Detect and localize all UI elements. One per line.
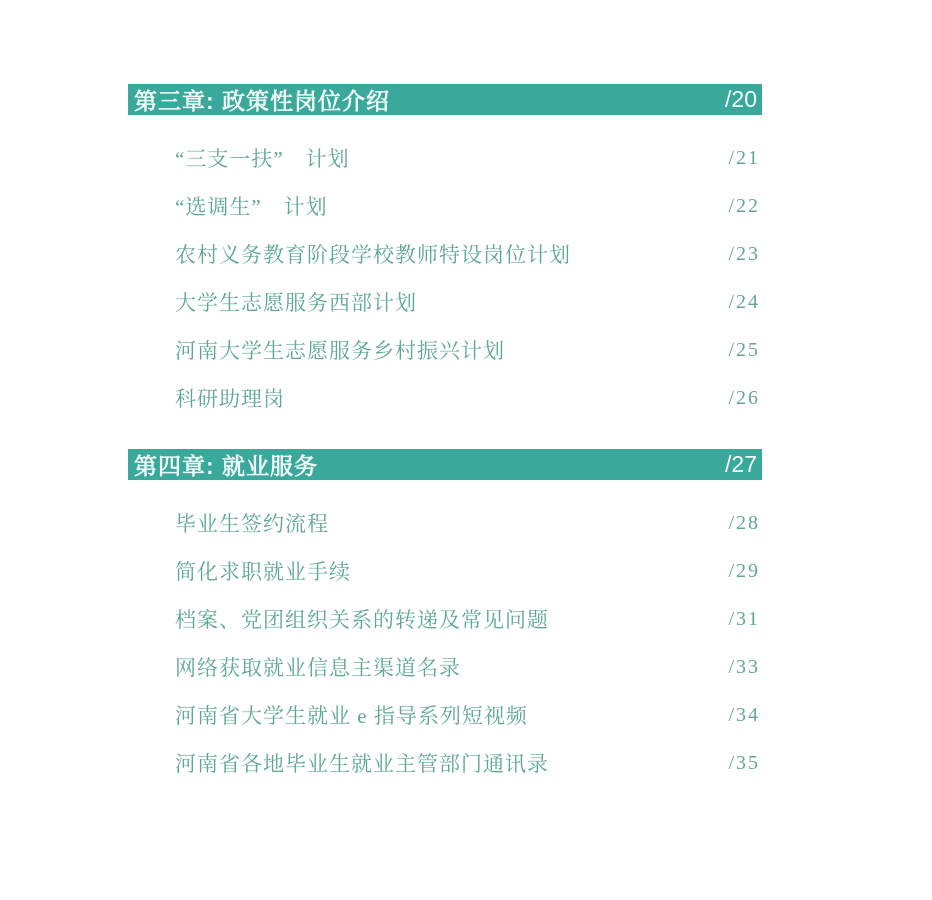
toc-entry[interactable]: 毕业生签约流程 /28	[175, 499, 760, 547]
toc-entry-page-number: /33	[728, 656, 760, 679]
toc-entry-label: 河南大学生志愿服务乡村振兴计划	[175, 335, 505, 365]
toc-entry-page-number: /25	[728, 339, 760, 362]
chapter-title: 第四章: 就业服务	[134, 448, 318, 481]
chapter-header-bar: 第三章: 政策性岗位介绍 /20	[128, 84, 762, 115]
toc-entry[interactable]: 科研助理岗 /26	[175, 374, 760, 422]
toc-entry-page-number: /29	[728, 560, 760, 583]
toc-entry-label: 河南省各地毕业生就业主管部门通讯录	[175, 748, 549, 778]
toc-entry-list: 毕业生签约流程 /28 简化求职就业手续 /29 档案、党团组织关系的转递及常见…	[128, 499, 762, 787]
toc-entry[interactable]: 农村义务教育阶段学校教师特设岗位计划 /23	[175, 230, 760, 278]
toc-entry[interactable]: 档案、党团组织关系的转递及常见问题 /31	[175, 595, 760, 643]
toc-entry-page-number: /21	[728, 147, 760, 170]
toc-entry[interactable]: 河南省各地毕业生就业主管部门通讯录 /35	[175, 739, 760, 787]
toc-entry-page-number: /26	[728, 387, 760, 410]
toc-entry-page-number: /34	[728, 704, 760, 727]
toc-entry[interactable]: 河南省大学生就业 e 指导系列短视频 /34	[175, 691, 760, 739]
toc-entry-page-number: /28	[728, 512, 760, 535]
toc-entry-page-number: /22	[728, 195, 760, 218]
toc-entry[interactable]: 简化求职就业手续 /29	[175, 547, 760, 595]
toc-entry[interactable]: “三支一扶” 计划 /21	[175, 134, 760, 182]
toc-entry-page-number: /23	[728, 243, 760, 266]
chapter-page-number: /27	[725, 451, 757, 478]
toc-entry-label: “三支一扶” 计划	[175, 143, 350, 173]
toc-section-chapter-3: 第三章: 政策性岗位介绍 /20 “三支一扶” 计划 /21 “选调生” 计划 …	[128, 84, 762, 422]
toc-entry[interactable]: 大学生志愿服务西部计划 /24	[175, 278, 760, 326]
toc-entry-page-number: /24	[728, 291, 760, 314]
toc-entry-label: 毕业生签约流程	[175, 508, 329, 538]
toc-entry-list: “三支一扶” 计划 /21 “选调生” 计划 /22 农村义务教育阶段学校教师特…	[128, 134, 762, 422]
toc-section-chapter-4: 第四章: 就业服务 /27 毕业生签约流程 /28 简化求职就业手续 /29 档…	[128, 449, 762, 787]
toc-entry-label: 河南省大学生就业 e 指导系列短视频	[175, 700, 528, 730]
chapter-header-bar: 第四章: 就业服务 /27	[128, 449, 762, 480]
toc-entry[interactable]: 河南大学生志愿服务乡村振兴计划 /25	[175, 326, 760, 374]
toc-entry-label: 档案、党团组织关系的转递及常见问题	[175, 604, 549, 634]
toc-entry-page-number: /35	[728, 752, 760, 775]
toc-entry-label: 科研助理岗	[175, 383, 285, 413]
table-of-contents: 第三章: 政策性岗位介绍 /20 “三支一扶” 计划 /21 “选调生” 计划 …	[128, 84, 762, 787]
toc-entry-label: 简化求职就业手续	[175, 556, 351, 586]
toc-entry-label: 网络获取就业信息主渠道名录	[175, 652, 461, 682]
toc-entry[interactable]: 网络获取就业信息主渠道名录 /33	[175, 643, 760, 691]
chapter-page-number: /20	[725, 86, 757, 113]
toc-entry-label: 大学生志愿服务西部计划	[175, 287, 417, 317]
chapter-title: 第三章: 政策性岗位介绍	[134, 83, 390, 116]
toc-entry-page-number: /31	[728, 608, 760, 631]
toc-entry-label: “选调生” 计划	[175, 191, 328, 221]
toc-entry[interactable]: “选调生” 计划 /22	[175, 182, 760, 230]
toc-entry-label: 农村义务教育阶段学校教师特设岗位计划	[175, 239, 571, 269]
